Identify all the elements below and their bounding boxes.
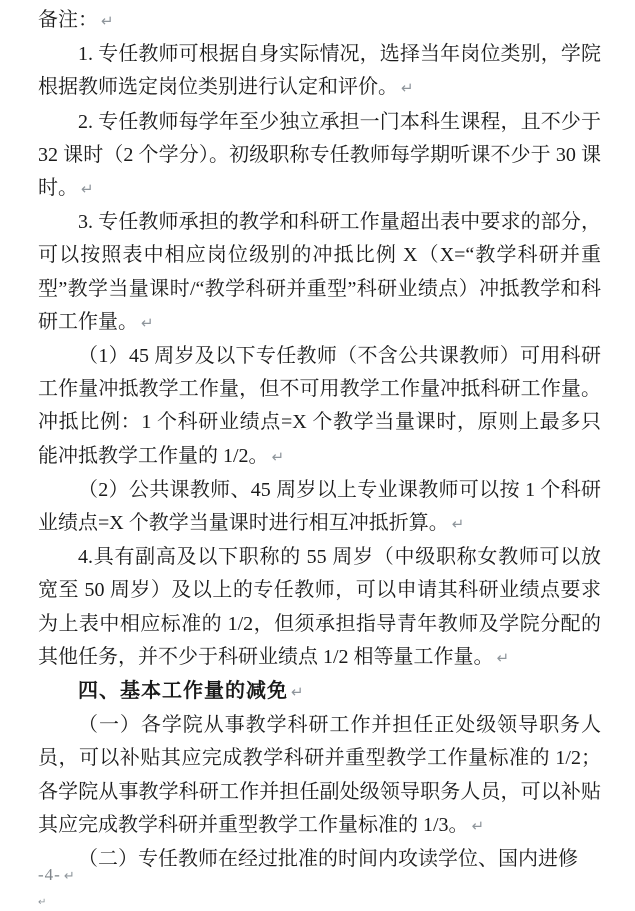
- note-item-1: 1. 专任教师可根据自身实际情况，选择当年岗位类别，学院根据教师选定岗位类别进行…: [38, 38, 601, 105]
- note-item-4-text: 4.具有副高及以下职称的 55 周岁（中级职称女教师可以放宽至 50 周岁）及以…: [38, 546, 601, 668]
- section-heading: 四、基本工作量的减免↵: [38, 675, 601, 709]
- section-item-2: （二）专任教师在经过批准的时间内攻读学位、国内进修: [38, 843, 601, 876]
- page-number-text: -4-: [38, 865, 61, 884]
- note-item-3-sub-1-text: （1）45 周岁及以下专任教师（不含公共课教师）可用科研工作量冲抵教学工作量，但…: [38, 345, 601, 467]
- paragraph-mark-icon: ↵: [98, 12, 114, 30]
- note-item-3-sub-2: （2）公共课教师、45 周岁以上专业课教师可以按 1 个科研业绩点=X 个教学当…: [38, 474, 601, 541]
- page-number: -4-↵: [38, 865, 76, 885]
- partial-paragraph-mark-icon: ↵: [38, 896, 46, 910]
- paragraph-mark-icon: ↵: [469, 817, 485, 835]
- section-heading-text: 四、基本工作量的减免: [78, 680, 288, 702]
- paragraph-mark-icon: ↵: [449, 515, 465, 533]
- note-item-3-sub-2-text: （2）公共课教师、45 周岁以上专业课教师可以按 1 个科研业绩点=X 个教学当…: [38, 479, 601, 534]
- note-item-3-text: 3. 专任教师承担的教学和科研工作量超出表中要求的部分，可以按照表中相应岗位级别…: [38, 211, 601, 333]
- note-item-3: 3. 专任教师承担的教学和科研工作量超出表中要求的部分，可以按照表中相应岗位级别…: [38, 206, 601, 340]
- section-item-1-text: （一）各学院从事教学科研工作并担任正处级领导职务人员，可以补贴其应完成教学科研并…: [38, 714, 601, 836]
- paragraph-mark-icon: ↵: [398, 79, 414, 97]
- paragraph-mark-icon: ↵: [61, 869, 76, 884]
- note-item-3-sub-1: （1）45 周岁及以下专任教师（不含公共课教师）可用科研工作量冲抵教学工作量，但…: [38, 340, 601, 474]
- document-page: 备注：↵ 1. 专任教师可根据自身实际情况，选择当年岗位类别，学院根据教师选定岗…: [0, 0, 635, 911]
- paragraph-mark-icon: ↵: [494, 649, 510, 667]
- notes-label-paragraph: 备注：↵: [38, 4, 601, 38]
- notes-label: 备注：: [38, 9, 98, 31]
- section-item-2-text: （二）专任教师在经过批准的时间内攻读学位、国内进修: [78, 848, 578, 870]
- paragraph-mark-icon: ↵: [288, 683, 305, 701]
- note-item-1-text: 1. 专任教师可根据自身实际情况，选择当年岗位类别，学院根据教师选定岗位类别进行…: [38, 43, 601, 98]
- paragraph-mark-icon: ↵: [269, 448, 285, 466]
- document-body: 备注：↵ 1. 专任教师可根据自身实际情况，选择当年岗位类别，学院根据教师选定岗…: [38, 4, 601, 876]
- note-item-4: 4.具有副高及以下职称的 55 周岁（中级职称女教师可以放宽至 50 周岁）及以…: [38, 541, 601, 675]
- note-item-2-text: 2. 专任教师每学年至少独立承担一门本科生课程，且不少于 32 课时（2 个学分…: [38, 111, 601, 199]
- note-item-2: 2. 专任教师每学年至少独立承担一门本科生课程，且不少于 32 课时（2 个学分…: [38, 106, 601, 207]
- section-item-1: （一）各学院从事教学科研工作并担任正处级领导职务人员，可以补贴其应完成教学科研并…: [38, 709, 601, 843]
- paragraph-mark-icon: ↵: [138, 314, 154, 332]
- paragraph-mark-icon: ↵: [78, 180, 94, 198]
